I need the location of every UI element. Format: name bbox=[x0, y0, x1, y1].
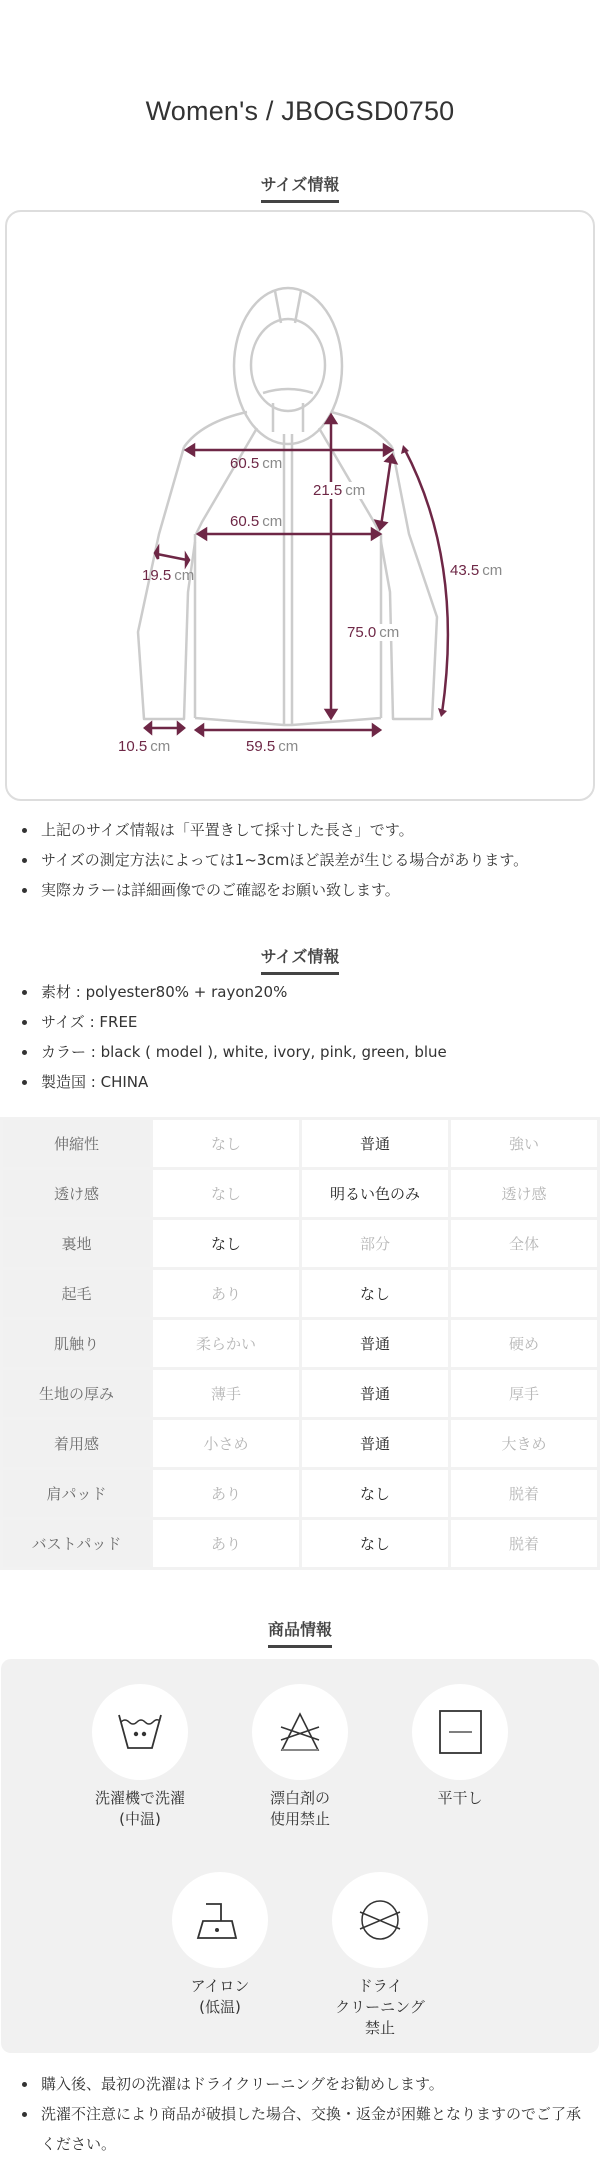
attribute-option: あり bbox=[152, 1269, 301, 1319]
sleeve-width-label: 19.5cm bbox=[142, 567, 194, 584]
attribute-option: なし bbox=[152, 1119, 301, 1169]
attribute-option: 脱着 bbox=[450, 1519, 599, 1569]
attribute-option bbox=[450, 1269, 599, 1319]
care-note: 洗濯不注意により商品が破損した場合、交換・返金が困難となりますのでご了承ください… bbox=[0, 2099, 600, 2159]
hem-width-label: 59.5cm bbox=[246, 738, 298, 755]
attribute-option: 柔らかい bbox=[152, 1319, 301, 1369]
attribute-label: 伸縮性 bbox=[2, 1119, 152, 1169]
attribute-row: 裏地なし部分全体 bbox=[2, 1219, 599, 1269]
attribute-option: 脱着 bbox=[450, 1469, 599, 1519]
size-note: 上記のサイズ情報は「平置きして採寸した長さ」です。 bbox=[0, 815, 600, 845]
attribute-label: 起毛 bbox=[2, 1269, 152, 1319]
total-length-label: 75.0cm bbox=[347, 624, 399, 641]
attribute-label: 肌触り bbox=[2, 1319, 152, 1369]
no-dry-clean-icon bbox=[332, 1872, 428, 1968]
attribute-option: 大きめ bbox=[450, 1419, 599, 1469]
product-info-heading: 商品情報 bbox=[0, 1617, 600, 1648]
attribute-row: 着用感小さめ普通大きめ bbox=[2, 1419, 599, 1469]
attribute-option: あり bbox=[152, 1519, 301, 1569]
jacket-outline-diagram bbox=[7, 212, 597, 803]
attribute-option: なし bbox=[301, 1269, 450, 1319]
page-title: Women's / JBOGSD0750 bbox=[0, 96, 600, 127]
cuff-width-label: 10.5cm bbox=[118, 738, 170, 755]
attribute-option: 硬め bbox=[450, 1319, 599, 1369]
care-item-iron-low: アイロン (低温) bbox=[140, 1872, 300, 2018]
size-notes-list: 上記のサイズ情報は「平置きして採寸した長さ」です。 サイズの測定方法によっては1… bbox=[0, 815, 600, 905]
spec-country: 製造国 : CHINA bbox=[0, 1067, 600, 1097]
size-diagram-card: 60.5cm 21.5cm 60.5cm 43.5cm 19.5cm 75.0c… bbox=[5, 210, 595, 801]
attribute-row: 生地の厚み薄手普通厚手 bbox=[2, 1369, 599, 1419]
care-instructions-panel: 洗濯機で洗濯 (中温) 漂白剤の 使用禁止 平干し bbox=[1, 1659, 599, 2053]
attribute-label: 着用感 bbox=[2, 1419, 152, 1469]
attribute-option: 厚手 bbox=[450, 1369, 599, 1419]
size-info-heading: サイズ情報 bbox=[0, 172, 600, 203]
attribute-option: 普通 bbox=[301, 1419, 450, 1469]
armhole-label: 21.5cm bbox=[313, 482, 365, 499]
attribute-row: 肌触り柔らかい普通硬め bbox=[2, 1319, 599, 1369]
attribute-row: 起毛ありなし bbox=[2, 1269, 599, 1319]
care-notes-list: 購入後、最初の洗濯はドライクリーニングをお勧めします。 洗濯不注意により商品が破… bbox=[0, 2069, 600, 2159]
attribute-option: なし bbox=[152, 1219, 301, 1269]
chest-width-label: 60.5cm bbox=[230, 513, 282, 530]
sleeve-length-label: 43.5cm bbox=[450, 562, 502, 579]
dry-flat-icon bbox=[412, 1684, 508, 1780]
attribute-row: 透け感なし明るい色のみ透け感 bbox=[2, 1169, 599, 1219]
attribute-option: 強い bbox=[450, 1119, 599, 1169]
shoulder-width-label: 60.5cm bbox=[230, 455, 282, 472]
attribute-label: 裏地 bbox=[2, 1219, 152, 1269]
spec-material: 素材 : polyester80% + rayon20% bbox=[0, 977, 600, 1007]
attribute-option: 透け感 bbox=[450, 1169, 599, 1219]
no-bleach-icon bbox=[252, 1684, 348, 1780]
spec-size: サイズ : FREE bbox=[0, 1007, 600, 1037]
attribute-option: 普通 bbox=[301, 1319, 450, 1369]
attribute-option: 明るい色のみ bbox=[301, 1169, 450, 1219]
attribute-option: 普通 bbox=[301, 1119, 450, 1169]
iron-low-icon bbox=[172, 1872, 268, 1968]
care-item-dry-flat: 平干し bbox=[380, 1684, 540, 1809]
attribute-option: なし bbox=[301, 1519, 450, 1569]
care-note: 購入後、最初の洗濯はドライクリーニングをお勧めします。 bbox=[0, 2069, 600, 2099]
attribute-option: なし bbox=[301, 1469, 450, 1519]
attribute-label: 透け感 bbox=[2, 1169, 152, 1219]
attribute-row: バストパッドありなし脱着 bbox=[2, 1519, 599, 1569]
attribute-option: 全体 bbox=[450, 1219, 599, 1269]
machine-wash-warm-icon bbox=[92, 1684, 188, 1780]
attribute-row: 肩パッドありなし脱着 bbox=[2, 1469, 599, 1519]
attribute-label: 生地の厚み bbox=[2, 1369, 152, 1419]
spec-color: カラー : black ( model ), white, ivory, pin… bbox=[0, 1037, 600, 1067]
attribute-label: バストパッド bbox=[2, 1519, 152, 1569]
attribute-option: 薄手 bbox=[152, 1369, 301, 1419]
attribute-option: なし bbox=[152, 1169, 301, 1219]
care-item-machine-wash: 洗濯機で洗濯 (中温) bbox=[60, 1684, 220, 1830]
spec-list: 素材 : polyester80% + rayon20% サイズ : FREE … bbox=[0, 977, 600, 1097]
attribute-option: 普通 bbox=[301, 1369, 450, 1419]
care-item-no-dry-clean: ドライ クリーニング 禁止 bbox=[300, 1872, 460, 2039]
size-note: 実際カラーは詳細画像でのご確認をお願い致します。 bbox=[0, 875, 600, 905]
attribute-option: あり bbox=[152, 1469, 301, 1519]
fabric-attributes-table: 伸縮性なし普通強い透け感なし明るい色のみ透け感裏地なし部分全体起毛ありなし肌触り… bbox=[0, 1117, 600, 1570]
attribute-option: 小さめ bbox=[152, 1419, 301, 1469]
attribute-row: 伸縮性なし普通強い bbox=[2, 1119, 599, 1169]
size-note: サイズの測定方法によっては1~3cmほど誤差が生じる場合があります。 bbox=[0, 845, 600, 875]
attribute-label: 肩パッド bbox=[2, 1469, 152, 1519]
attribute-option: 部分 bbox=[301, 1219, 450, 1269]
spec-heading: サイズ情報 bbox=[0, 944, 600, 975]
care-item-no-bleach: 漂白剤の 使用禁止 bbox=[220, 1684, 380, 1830]
